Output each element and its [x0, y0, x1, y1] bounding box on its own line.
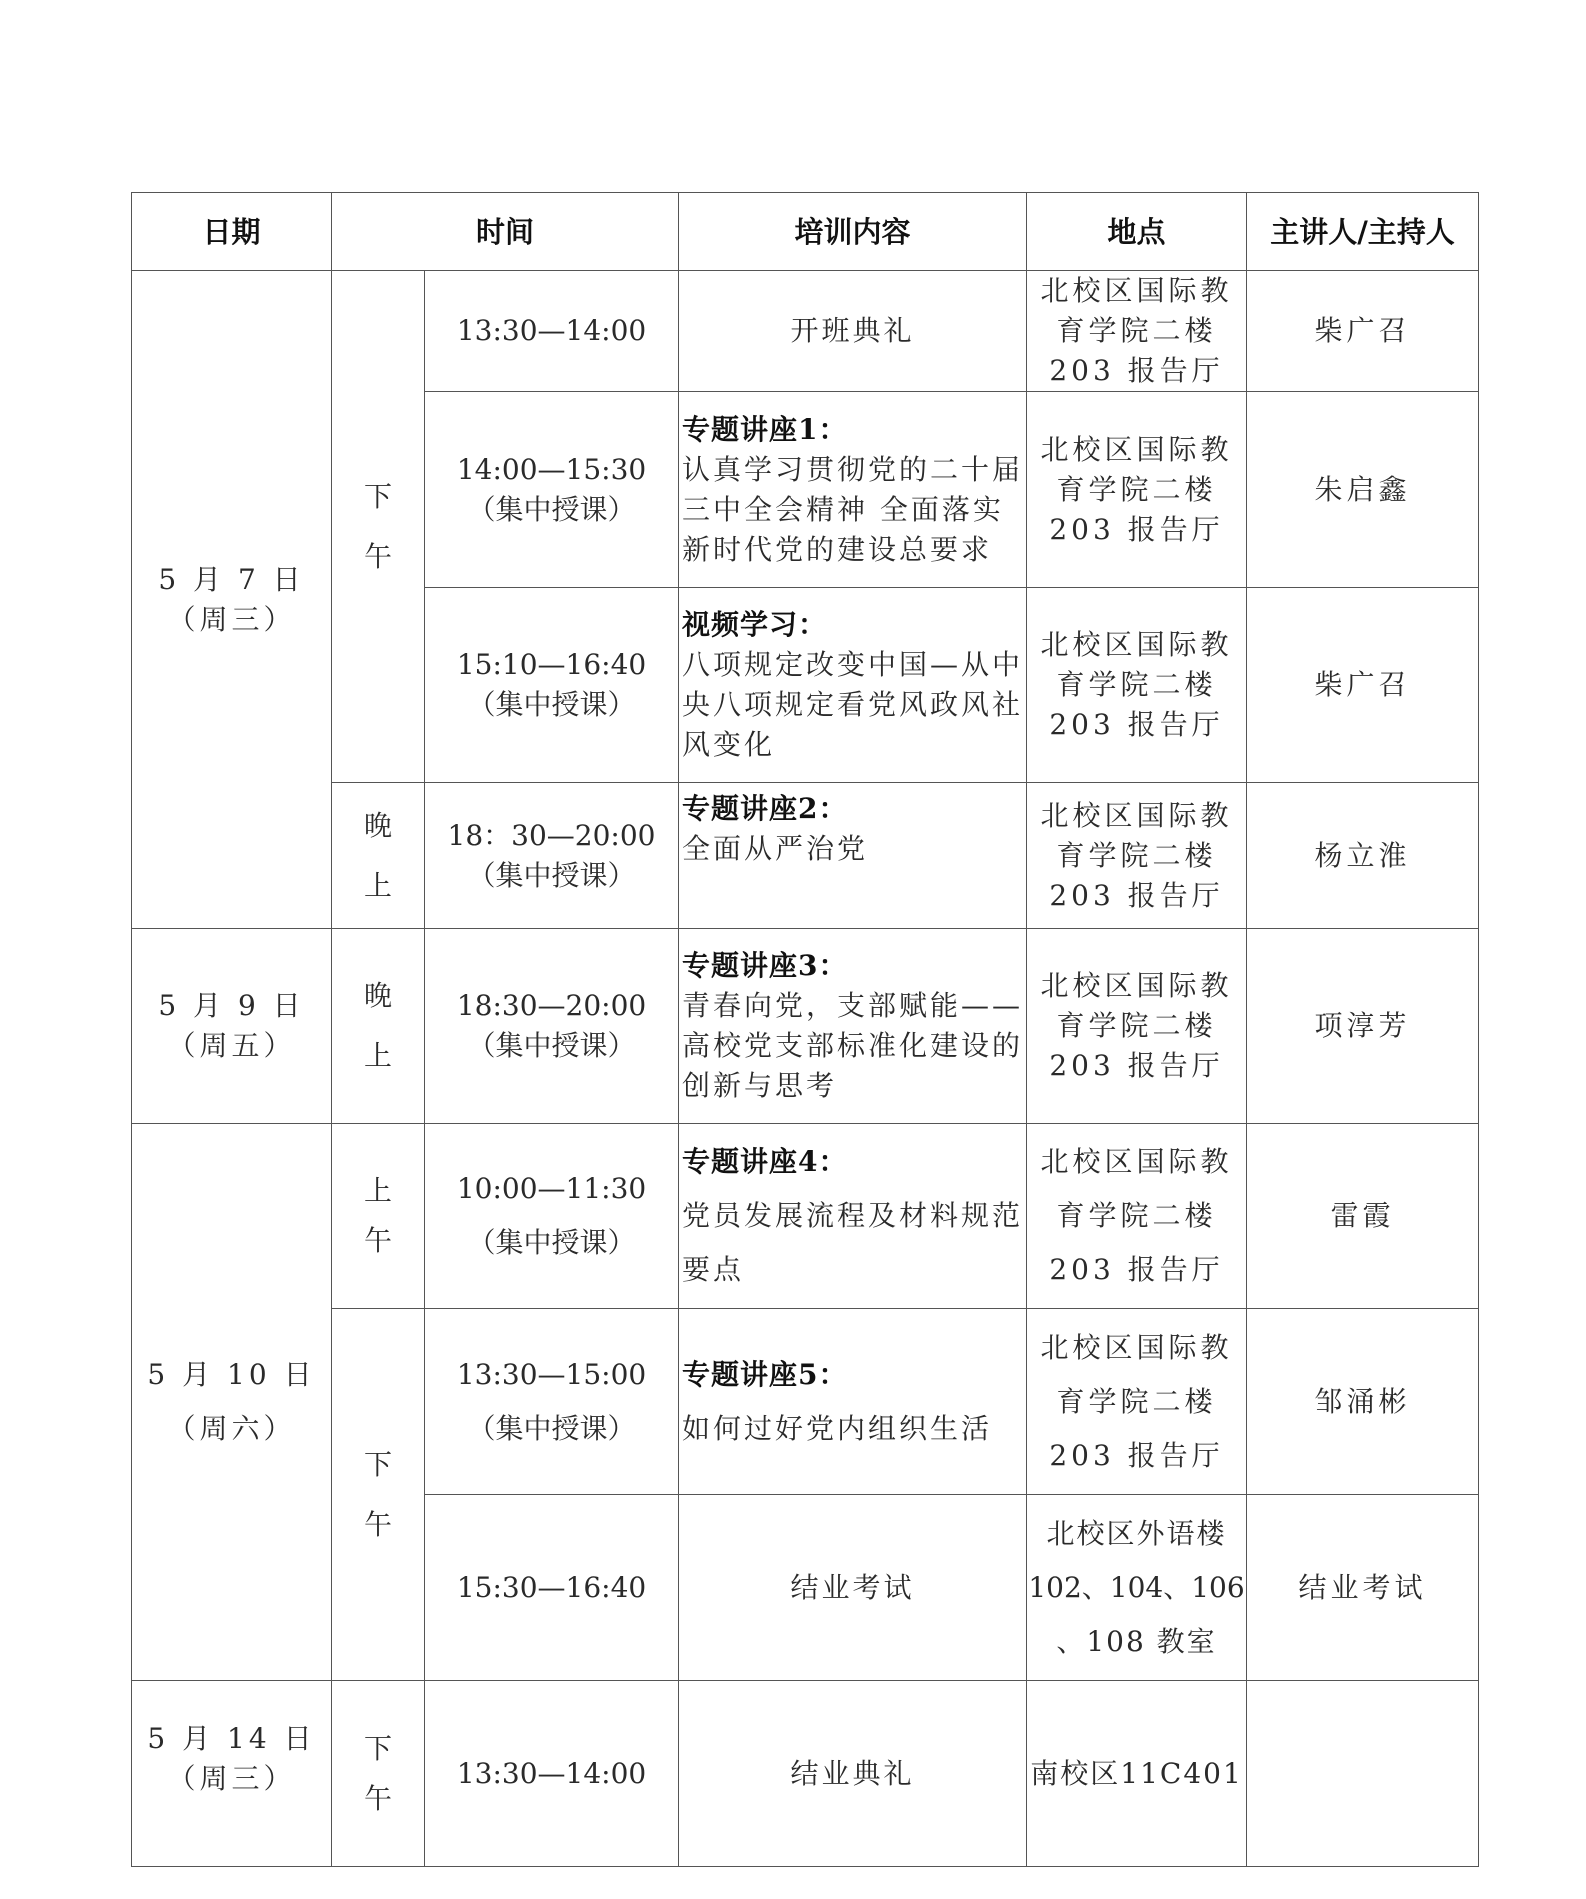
- time-range: 10:00—11:30: [425, 1162, 678, 1216]
- period-char: 下: [363, 1724, 394, 1774]
- time-note: （集中授课）: [425, 1216, 678, 1270]
- period-char: 上: [363, 1026, 394, 1086]
- host-cell: 邹涌彬: [1247, 1309, 1479, 1495]
- host-cell: 柴广召: [1247, 271, 1479, 392]
- content-title: 专题讲座3：: [682, 946, 1024, 986]
- location-line: 育学院二楼: [1027, 1375, 1246, 1429]
- location-line: 203 报告厅: [1027, 705, 1246, 745]
- time-cell: 14:00—15:30 （集中授课）: [425, 392, 679, 588]
- location-line: 203 报告厅: [1027, 351, 1246, 391]
- time-range: 15:10—16:40: [425, 645, 678, 685]
- host-cell: 朱启鑫: [1247, 392, 1479, 588]
- period-char: 晚: [363, 966, 394, 1026]
- content-cell: 专题讲座3： 青春向党，支部赋能——高校党支部标准化建设的创新与思考: [679, 929, 1027, 1124]
- time-cell: 13:30—15:00 （集中授课）: [425, 1309, 679, 1495]
- date-text: 5 月 9 日: [132, 986, 331, 1026]
- location-line: 203 报告厅: [1027, 1046, 1246, 1086]
- header-date: 日期: [132, 193, 332, 271]
- location-line: 育学院二楼: [1027, 665, 1246, 705]
- location-cell: 北校区国际教 育学院二楼 203 报告厅: [1027, 783, 1247, 929]
- date-cell: 5 月 10 日 （周六）: [132, 1124, 332, 1681]
- content-cell: 专题讲座1： 认真学习贯彻党的二十届三中全会精神 全面落实新时代党的建设总要求: [679, 392, 1027, 588]
- period-char: 上: [363, 1166, 394, 1216]
- content-body: 青春向党，支部赋能——高校党支部标准化建设的创新与思考: [682, 986, 1024, 1106]
- host-cell: 柴广召: [1247, 588, 1479, 783]
- date-cell: 5 月 14 日 （周三）: [132, 1681, 332, 1867]
- period-char: 上: [363, 856, 394, 916]
- host-cell: 雷霞: [1247, 1124, 1479, 1309]
- location-line: 北校区国际教: [1027, 796, 1246, 836]
- location-line: 203 报告厅: [1027, 510, 1246, 550]
- time-note: （集中授课）: [425, 1402, 678, 1456]
- location-line: 北校区国际教: [1027, 430, 1246, 470]
- time-note: （集中授课）: [425, 1026, 678, 1066]
- content-cell: 开班典礼: [679, 271, 1027, 392]
- location-line: 203 报告厅: [1027, 876, 1246, 916]
- header-row: 日期 时间 培训内容 地点 主讲人/主持人: [132, 193, 1479, 271]
- location-line: 北校区国际教: [1027, 1321, 1246, 1375]
- content-body: 开班典礼: [791, 314, 915, 347]
- host-cell: 项淳芳: [1247, 929, 1479, 1124]
- content-body: 八项规定改变中国—从中央八项规定看党风政风社风变化: [682, 645, 1024, 765]
- weekday-text: （周三）: [132, 1759, 331, 1799]
- content-title: 专题讲座5：: [682, 1348, 1024, 1402]
- location-line: 北校区国际教: [1027, 1135, 1246, 1189]
- table-row: 5 月 14 日 （周三） 下 午 13:30—14:00 结业典礼 南校区11…: [132, 1681, 1479, 1867]
- location-cell: 北校区国际教 育学院二楼 203 报告厅: [1027, 392, 1247, 588]
- time-range: 15:30—16:40: [425, 1568, 678, 1608]
- header-content: 培训内容: [679, 193, 1027, 271]
- location-cell: 北校区国际教 育学院二楼 203 报告厅: [1027, 588, 1247, 783]
- header-host: 主讲人/主持人: [1247, 193, 1479, 271]
- date-text: 5 月 10 日: [132, 1348, 331, 1402]
- period-char: 午: [363, 1495, 394, 1555]
- date-text: 5 月 14 日: [132, 1719, 331, 1759]
- period-char: 午: [363, 1216, 394, 1266]
- time-cell: 13:30—14:00: [425, 271, 679, 392]
- host-cell: 结业考试: [1247, 1495, 1479, 1681]
- content-title: 专题讲座1：: [682, 410, 1024, 450]
- header-time: 时间: [332, 193, 679, 271]
- time-range: 13:30—14:00: [425, 311, 678, 351]
- location-line: 、108 教室: [1027, 1615, 1246, 1669]
- period-cell: 下 午: [332, 271, 425, 783]
- training-schedule-table: 日期 时间 培训内容 地点 主讲人/主持人 5 月 7 日 （周三） 下 午 1…: [131, 192, 1479, 1867]
- content-cell: 专题讲座2： 全面从严治党: [679, 783, 1027, 929]
- period-char: 下: [363, 1435, 394, 1495]
- table-row: 5 月 7 日 （周三） 下 午 13:30—14:00 开班典礼 北校区国际教…: [132, 271, 1479, 392]
- content-body: 全面从严治党: [682, 829, 1024, 869]
- content-body: 认真学习贯彻党的二十届三中全会精神 全面落实新时代党的建设总要求: [682, 450, 1024, 570]
- weekday-text: （周三）: [132, 600, 331, 640]
- header-location: 地点: [1027, 193, 1247, 271]
- location-line: 育学院二楼: [1027, 1189, 1246, 1243]
- location-line: 203 报告厅: [1027, 1429, 1246, 1483]
- time-cell: 10:00—11:30 （集中授课）: [425, 1124, 679, 1309]
- location-line: 北校区国际教: [1027, 271, 1246, 311]
- content-body: 如何过好党内组织生活: [682, 1402, 1024, 1456]
- content-title: 专题讲座2：: [682, 789, 1024, 829]
- period-cell: 晚 上: [332, 783, 425, 929]
- location-line: 北校区国际教: [1027, 625, 1246, 665]
- content-title: 专题讲座4：: [682, 1135, 1024, 1189]
- location-cell: 北校区国际教 育学院二楼 203 报告厅: [1027, 1309, 1247, 1495]
- time-range: 18：30—20:00: [425, 816, 678, 856]
- period-char: 下: [363, 467, 394, 527]
- time-cell: 13:30—14:00: [425, 1681, 679, 1867]
- period-char: 午: [363, 527, 394, 587]
- weekday-text: （周五）: [132, 1026, 331, 1066]
- location-cell: 南校区11C401: [1027, 1681, 1247, 1867]
- location-cell: 北校区国际教 育学院二楼 203 报告厅: [1027, 929, 1247, 1124]
- content-body: 结业典礼: [791, 1757, 915, 1790]
- location-line: 北校区国际教: [1027, 966, 1246, 1006]
- time-note: （集中授课）: [425, 685, 678, 725]
- location-line: 北校区外语楼: [1027, 1507, 1246, 1561]
- weekday-text: （周六）: [132, 1402, 331, 1456]
- period-char: 晚: [363, 796, 394, 856]
- time-range: 18:30—20:00: [425, 986, 678, 1026]
- time-range: 14:00—15:30: [425, 450, 678, 490]
- content-cell: 结业典礼: [679, 1681, 1027, 1867]
- time-cell: 15:10—16:40 （集中授课）: [425, 588, 679, 783]
- time-range: 13:30—15:00: [425, 1348, 678, 1402]
- period-cell: 下 午: [332, 1309, 425, 1681]
- period-cell: 下 午: [332, 1681, 425, 1867]
- period-char: 午: [363, 1774, 394, 1824]
- content-cell: 视频学习： 八项规定改变中国—从中央八项规定看党风政风社风变化: [679, 588, 1027, 783]
- table-row: 晚 上 18：30—20:00 （集中授课） 专题讲座2： 全面从严治党 北校区…: [132, 783, 1479, 929]
- location-cell: 北校区国际教 育学院二楼 203 报告厅: [1027, 1124, 1247, 1309]
- table-row: 5 月 9 日 （周五） 晚 上 18:30—20:00 （集中授课） 专题讲座…: [132, 929, 1479, 1124]
- location-line: 203 报告厅: [1027, 1243, 1246, 1297]
- time-range: 13:30—14:00: [425, 1754, 678, 1794]
- date-cell: 5 月 7 日 （周三）: [132, 271, 332, 929]
- table-row: 下 午 13:30—15:00 （集中授课） 专题讲座5： 如何过好党内组织生活…: [132, 1309, 1479, 1495]
- time-cell: 15:30—16:40: [425, 1495, 679, 1681]
- time-cell: 18:30—20:00 （集中授课）: [425, 929, 679, 1124]
- location-line: 育学院二楼: [1027, 311, 1246, 351]
- period-cell: 晚 上: [332, 929, 425, 1124]
- content-cell: 结业考试: [679, 1495, 1027, 1681]
- period-cell: 上 午: [332, 1124, 425, 1309]
- location-line: 102、104、106: [1027, 1561, 1246, 1615]
- location-line: 育学院二楼: [1027, 836, 1246, 876]
- time-cell: 18：30—20:00 （集中授课）: [425, 783, 679, 929]
- host-cell: [1247, 1681, 1479, 1867]
- content-title: 视频学习：: [682, 605, 1024, 645]
- date-cell: 5 月 9 日 （周五）: [132, 929, 332, 1124]
- date-text: 5 月 7 日: [132, 560, 331, 600]
- location-line: 南校区11C401: [1027, 1754, 1246, 1794]
- host-cell: 杨立淮: [1247, 783, 1479, 929]
- content-cell: 专题讲座5： 如何过好党内组织生活: [679, 1309, 1027, 1495]
- content-body: 党员发展流程及材料规范要点: [682, 1189, 1024, 1297]
- time-note: （集中授课）: [425, 856, 678, 896]
- location-line: 育学院二楼: [1027, 470, 1246, 510]
- content-cell: 专题讲座4： 党员发展流程及材料规范要点: [679, 1124, 1027, 1309]
- content-body: 结业考试: [791, 1571, 915, 1604]
- location-cell: 北校区国际教 育学院二楼 203 报告厅: [1027, 271, 1247, 392]
- document-page: 日期 时间 培训内容 地点 主讲人/主持人 5 月 7 日 （周三） 下 午 1…: [0, 0, 1586, 1899]
- location-line: 育学院二楼: [1027, 1006, 1246, 1046]
- location-cell: 北校区外语楼 102、104、106 、108 教室: [1027, 1495, 1247, 1681]
- time-note: （集中授课）: [425, 490, 678, 530]
- table-row: 5 月 10 日 （周六） 上 午 10:00—11:30 （集中授课） 专题讲…: [132, 1124, 1479, 1309]
